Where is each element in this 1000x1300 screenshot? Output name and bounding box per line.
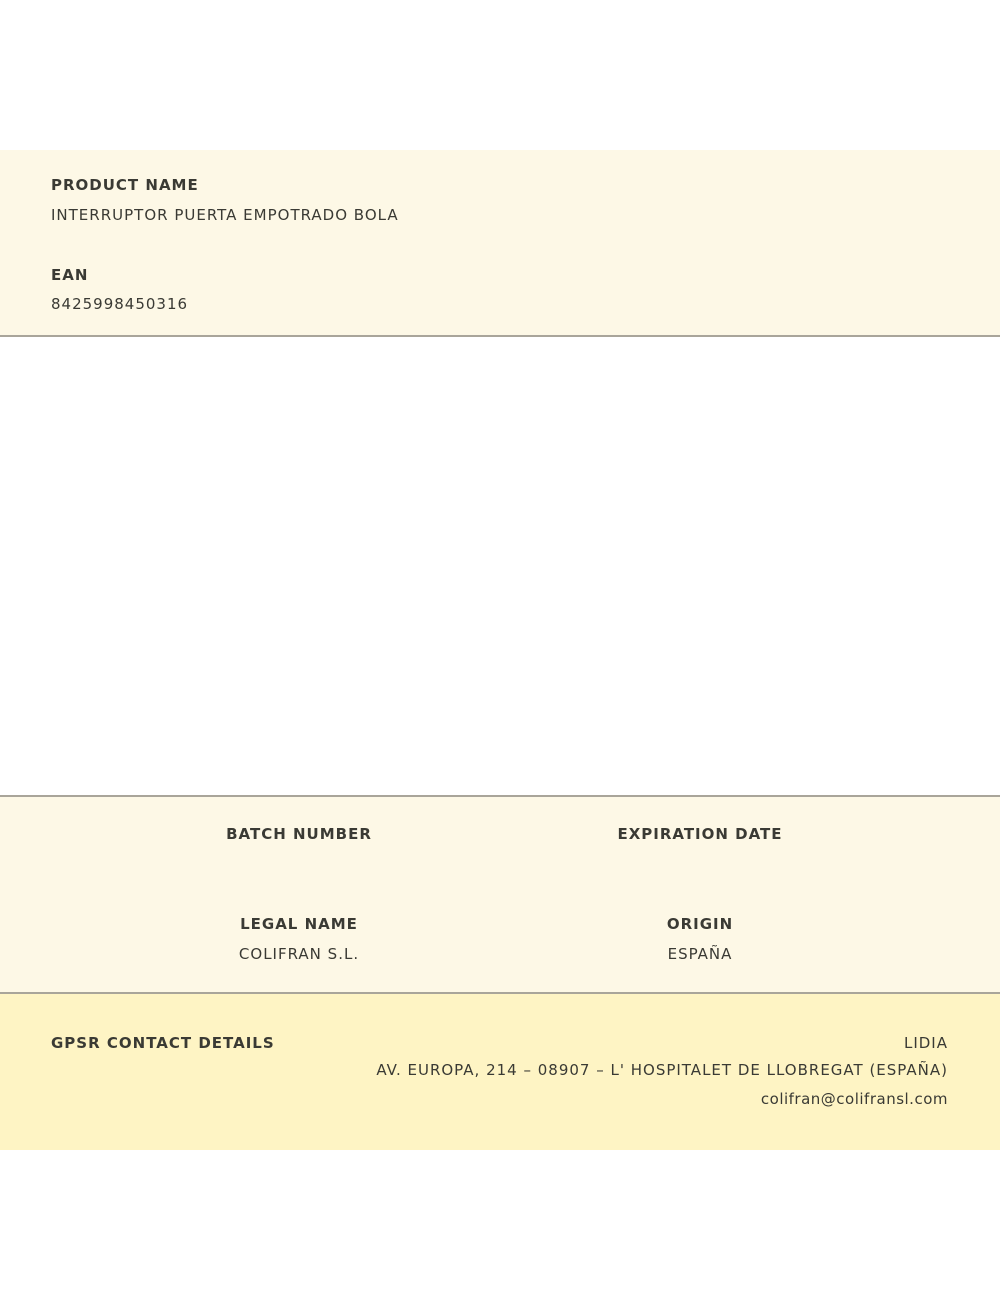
- ean-value: 8425998450316: [51, 295, 188, 313]
- batch-number-label: BATCH NUMBER: [226, 825, 372, 843]
- batch-details-section: BATCH NUMBER EXPIRATION DATE LEGAL NAME …: [0, 795, 1000, 994]
- gpsr-contact-section: GPSR CONTACT DETAILS LIDIA AV. EUROPA, 2…: [0, 994, 1000, 1150]
- ean-label: EAN: [51, 266, 88, 284]
- origin-label: ORIGIN: [667, 915, 733, 933]
- product-name-value: INTERRUPTOR PUERTA EMPOTRADO BOLA: [51, 206, 399, 224]
- legal-name-label: LEGAL NAME: [240, 915, 358, 933]
- gpsr-contact-label: GPSR CONTACT DETAILS: [51, 1034, 275, 1052]
- expiration-date-label: EXPIRATION DATE: [617, 825, 782, 843]
- legal-name-value: COLIFRAN S.L.: [239, 945, 359, 963]
- product-name-label: PRODUCT NAME: [51, 176, 199, 194]
- gpsr-address: AV. EUROPA, 214 – 08907 – L' HOSPITALET …: [376, 1061, 948, 1079]
- gpsr-email-link[interactable]: colifran@colifransl.com: [761, 1090, 948, 1108]
- origin-value: ESPAÑA: [668, 945, 733, 963]
- gpsr-contact-name: LIDIA: [904, 1034, 948, 1052]
- product-section: PRODUCT NAME INTERRUPTOR PUERTA EMPOTRAD…: [0, 150, 1000, 337]
